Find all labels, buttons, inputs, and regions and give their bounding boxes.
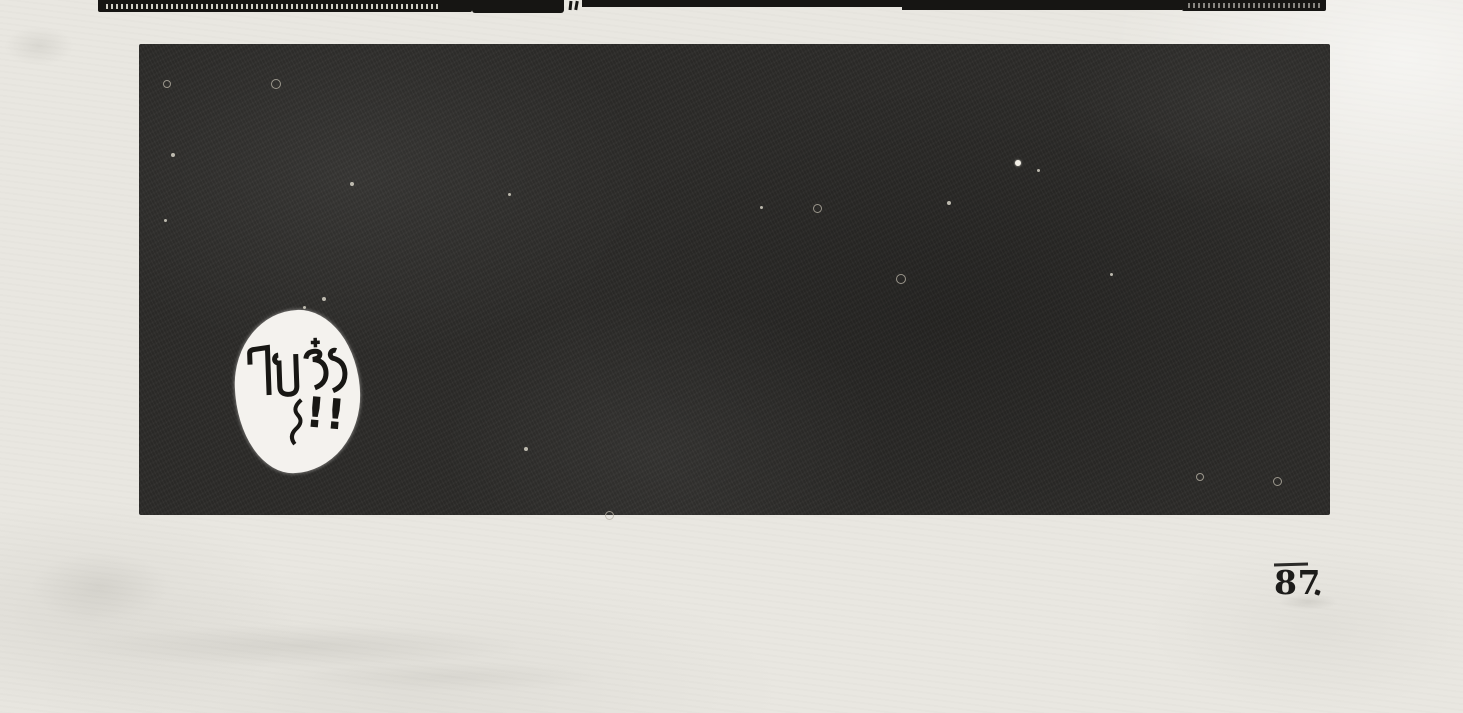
panel-speckle [350,182,354,186]
sfx-text: โบร๋ว [232,312,233,313]
edge-segment-right [1182,0,1326,11]
night-panel: โบร๋ว !! [139,44,1330,515]
panel-speckle [171,153,175,157]
paper-smudge [80,625,520,667]
panel-speckle [303,306,306,309]
page-number-block: 87 [1266,560,1326,612]
edge-artwork-swirl [472,0,564,13]
panel-speckle [605,511,614,520]
edge-segment-middle [582,0,902,7]
panel-speckle [1196,473,1204,481]
edge-segment-left [98,0,472,12]
panel-speckle [524,447,528,451]
paper-smudge [4,26,74,66]
panel-speckle [164,219,167,222]
panel-speckle [508,193,511,196]
panel-speckle [322,297,326,301]
panel-speckle [896,274,906,284]
edge-segment-lettergaps [902,0,1182,10]
illegible-small-text [106,4,440,9]
panel-speckle [760,206,763,209]
panel-speckle [1273,477,1282,486]
squiggle-mark [291,400,303,444]
panel-speckle [813,204,822,213]
speech-bubble: โบร๋ว !! [232,308,363,475]
exclamation-marks: !! [304,391,348,436]
edge-tick-mark [569,1,573,10]
illegible-small-text [1188,3,1320,8]
panel-speckle [1110,273,1113,276]
paper-smudge [290,662,610,692]
paper-smudge [30,552,170,622]
panel-speckle [271,79,281,89]
comic-page-scan: โบร๋ว !! 87 [0,0,1463,713]
panel-speckle [1015,160,1021,166]
panel-speckle [1037,169,1040,172]
panel-speckle [947,201,951,205]
previous-panel-edge [98,0,1326,14]
panel-speckle [163,80,171,88]
edge-tick-mark [574,1,579,10]
